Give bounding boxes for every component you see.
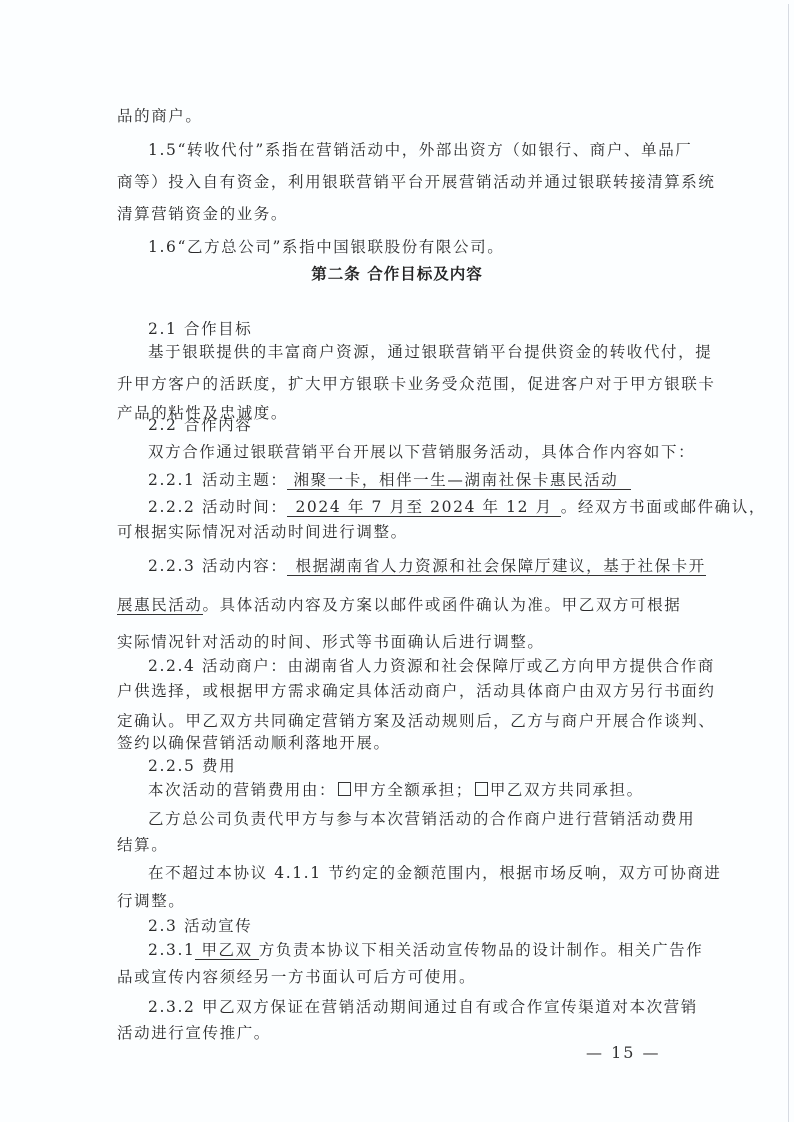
- clause-1-6-line: 1.6“乙方总公司”系指中国银联股份有限公司。: [148, 237, 504, 257]
- clause-2-3-1-text: 方负责本协议下相关活动宣传物品的设计制作。相关广告作: [259, 941, 704, 959]
- paragraph-line: 品或宣传内容须经另一方书面认可后方可使用。: [117, 967, 476, 987]
- paragraph-line: 签约以确保营销活动顺利落地开展。: [117, 733, 391, 753]
- paragraph-line: 在不超过本协议 4.1.1 节约定的金额范围内，根据市场反响，双方可协商进: [148, 863, 722, 883]
- paragraph-line: 乙方总公司负责代甲方与参与本次营销活动的合作商户进行营销活动费用: [148, 809, 695, 829]
- clause-2-2-1-line: 2.2.1 活动主题：湘聚一卡，相伴一生—湖南社保卡惠民活动: [148, 470, 631, 490]
- activity-content-suffix: 。具体活动内容及方案以邮件或函件确认为准。甲乙双方可根据: [203, 596, 682, 614]
- activity-theme-value: 湘聚一卡，相伴一生—湖南社保卡惠民活动: [287, 471, 631, 490]
- subsection-2-3-title: 2.3 活动宣传: [148, 916, 252, 936]
- activity-content-label: 2.2.3 活动内容：: [148, 557, 287, 575]
- clause-2-3-1-number: 2.3.1: [148, 941, 195, 959]
- paragraph-line: 定确认。甲乙双方共同确定营销方案及活动规则后，乙方与商户开展合作谈判、: [117, 711, 716, 731]
- checkbox-shared[interactable]: [475, 782, 488, 796]
- option-shared-label: 甲乙双方共同承担。: [490, 781, 644, 799]
- activity-time-label: 2.2.2 活动时间：: [148, 498, 287, 516]
- clause-2-2-3-line-2: 展惠民活动 。具体活动内容及方案以邮件或函件确认为准。甲乙双方可根据: [117, 595, 681, 615]
- responsible-party-value: 甲乙双: [195, 941, 258, 960]
- paragraph-line: 双方合作通过银联营销平台开展以下营销服务活动，具体合作内容如下：: [148, 442, 695, 462]
- page-edge-line: [788, 4, 789, 1122]
- paragraph-line: 升甲方客户的活跃度，扩大甲方银联卡业务受众范围，促进客户对于甲方银联卡: [117, 374, 716, 394]
- paragraph-line: 基于银联提供的丰富商户资源，通过银联营销平台提供资金的转收代付，提: [148, 342, 712, 362]
- clause-2-3-1-line: 2.3.1甲乙双方负责本协议下相关活动宣传物品的设计制作。相关广告作: [148, 940, 703, 960]
- clause-2-2-3-line: 2.2.3 活动内容：根据湖南省人力资源和社会保障厅建议，基于社保卡开: [148, 556, 706, 576]
- activity-time-suffix: 。经双方书面或邮件确认，: [561, 498, 766, 516]
- paragraph-line: 实际情况针对活动的时间、形式等书面确认后进行调整。: [117, 632, 545, 652]
- checkbox-party-a-full[interactable]: [338, 782, 351, 796]
- paragraph-line: 可根据实际情况对活动时间进行调整。: [117, 522, 408, 542]
- activity-time-value: 2024 年 7 月至 2024 年 12 月: [287, 498, 560, 517]
- paragraph-line: 结算。: [117, 835, 168, 855]
- clause-1-5-line: 1.5“转收代付”系指在营销活动中，外部出资方（如银行、商户、单品厂: [148, 140, 692, 160]
- paragraph-line: 行调整。: [117, 891, 185, 911]
- activity-content-value-cont: 展惠民活动: [117, 596, 203, 615]
- clause-2-2-5-title: 2.2.5 费用: [148, 756, 236, 776]
- subsection-2-2-title: 2.2 合作内容: [148, 415, 252, 435]
- activity-content-value: 根据湖南省人力资源和社会保障厅建议，基于社保卡开: [287, 557, 705, 576]
- cost-bearing-label: 本次活动的营销费用由：: [148, 781, 336, 799]
- paragraph-line: 户供选择，或根据甲方需求确定具体活动商户，活动具体商户由双方另行书面约: [117, 681, 716, 701]
- section-heading: 第二条 合作目标及内容: [0, 262, 794, 284]
- document-page: 品的商户。 1.5“转收代付”系指在营销活动中，外部出资方（如银行、商户、单品厂…: [0, 0, 794, 1122]
- subsection-2-1-title: 2.1 合作目标: [148, 319, 252, 339]
- clause-2-3-2-line: 2.3.2 甲乙双方保证在营销活动期间通过自有或合作宣传渠道对本次营销: [148, 997, 698, 1017]
- page-number: — 15 —: [586, 1043, 661, 1062]
- paragraph-line: 清算营销资金的业务。: [117, 204, 288, 224]
- option-party-a-full-label: 甲方全额承担；: [353, 781, 473, 799]
- paragraph-line: 品的商户。: [117, 106, 203, 126]
- clause-2-2-2-line: 2.2.2 活动时间：2024 年 7 月至 2024 年 12 月。经双方书面…: [148, 497, 766, 517]
- activity-theme-label: 2.2.1 活动主题：: [148, 471, 287, 489]
- cost-bearing-line: 本次活动的营销费用由：甲方全额承担；甲乙双方共同承担。: [148, 780, 644, 800]
- paragraph-line: 商等）投入自有资金，利用银联营销平台开展营销活动并通过银联转接清算系统: [117, 172, 716, 192]
- paragraph-line: 活动进行宣传推广。: [117, 1023, 271, 1043]
- clause-2-2-4-line: 2.2.4 活动商户：由湖南省人力资源和社会保障厅或乙方向甲方提供合作商: [148, 656, 715, 676]
